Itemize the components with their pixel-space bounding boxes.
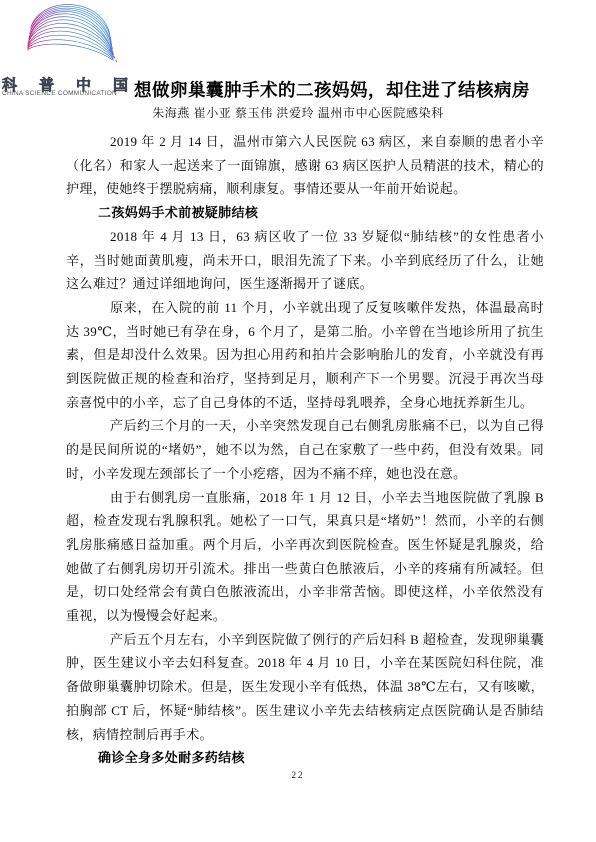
logo-text-english: CHINA SCIENCE COMMUNICATION (2, 90, 117, 97)
article-body: 2019 年 2 月 14 日，温州市第六人民医院 63 病区，来自泰顺的患者小… (66, 130, 544, 770)
page-number: 22 (0, 770, 596, 780)
paragraph-intro: 2019 年 2 月 14 日，温州市第六人民医院 63 病区，来自泰顺的患者小… (66, 130, 544, 201)
paragraph-admission: 2018 年 4 月 13 日，63 病区收了一位 33 岁疑似“肺结核”的女性… (66, 225, 544, 296)
paragraph-ovarian-cyst: 产后五个月左右，小辛到医院做了例行的产后妇科 B 超检查，发现卵巢囊肿，医生建议… (66, 628, 544, 747)
paragraph-postpartum-pain: 产后约三个月的一天，小辛突然发现自己右侧乳房胀痛不已，以为自己得的是民间所说的“… (66, 414, 544, 485)
article-title: 想做卵巢囊肿手术的二孩妈妈，却住进了结核病房 (134, 77, 530, 102)
logo-swoosh-icon (24, 1, 120, 67)
section-heading-diagnosis: 确诊全身多处耐多药结核 (66, 746, 544, 770)
paragraph-history: 原来，在入院的前 11 个月，小辛就出现了反复咳嗽伴发热，体温最高时达 39℃，… (66, 296, 544, 415)
article-byline: 朱海燕 崔小亚 蔡玉伟 洪爱玲 温州市中心医院感染科 (0, 104, 596, 121)
section-heading-suspected-tb: 二孩妈妈手术前被疑肺结核 (66, 201, 544, 225)
paragraph-breast-exam: 由于右侧乳房一直胀痛，2018 年 1 月 12 日，小辛去当地医院做了乳腺 B… (66, 486, 544, 628)
document-page: 科普中国 CHINA SCIENCE COMMUNICATION 想做卵巢囊肿手… (0, 0, 596, 842)
